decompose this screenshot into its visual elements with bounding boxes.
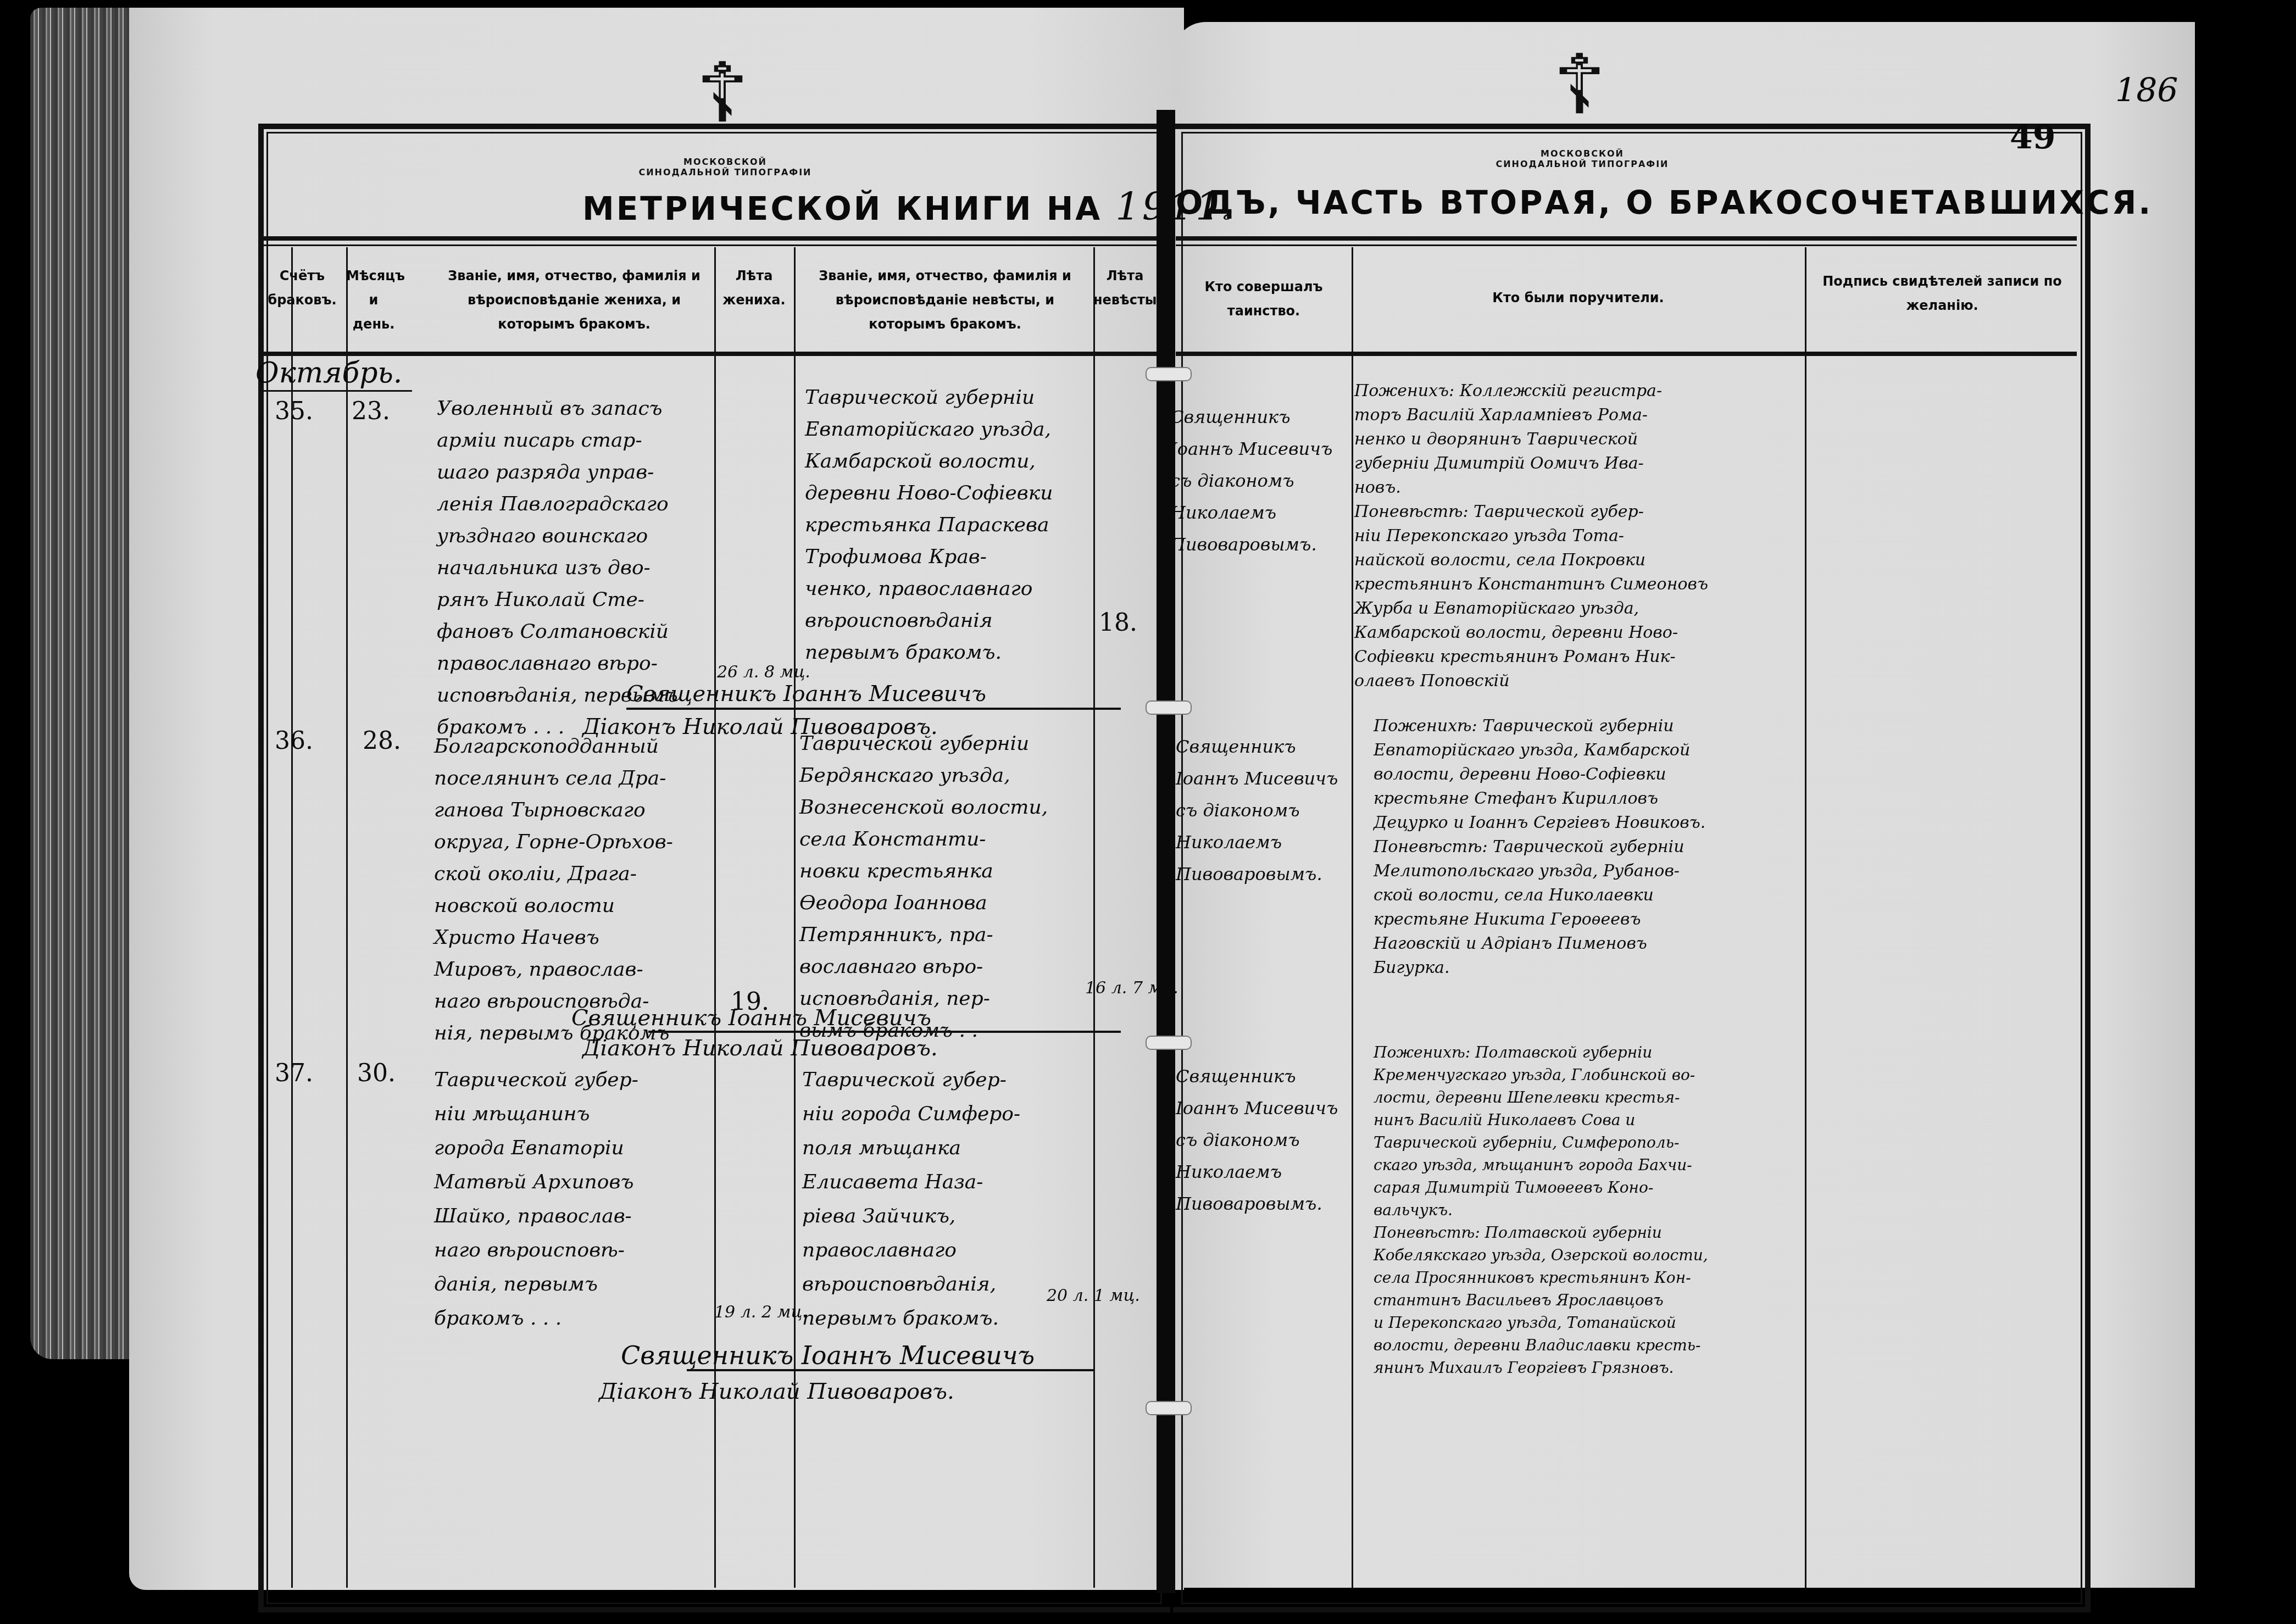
bride-age: 18.: [1099, 607, 1137, 639]
colhead-groom-age: Лѣта жениха.: [714, 264, 794, 312]
entry-date: 28.: [363, 725, 401, 757]
officiant: Священникъ Іоаннъ Мисевичъ съ діакономъ …: [1170, 401, 1352, 560]
column-divider: [346, 247, 348, 1588]
colhead-officiant: Кто совершалъ таинство.: [1176, 275, 1352, 323]
entry-date: 30.: [357, 1058, 396, 1089]
page-title-left: МЕТРИЧЕСКОЙ КНИГИ НА 1911г: [582, 184, 1234, 229]
month-underline: [258, 390, 412, 392]
groom-details: Таврической губер- ніи мѣщанинъ города Е…: [434, 1063, 720, 1336]
entry-count: 36.: [275, 725, 313, 757]
colhead-groom: Званіе, имя, отчество, фамилія и вѣроисп…: [434, 264, 714, 336]
entry-date: 23.: [352, 396, 390, 427]
column-header-bottom-rule: [1176, 352, 2077, 356]
groom-age: 19 л. 2 мц.: [714, 1297, 808, 1328]
colhead-date: Мѣсяцъ и день.: [346, 264, 401, 336]
colhead-bride-age: Лѣта невѣсты.: [1093, 264, 1157, 312]
column-divider: [1352, 247, 1353, 1588]
header-rule: [1176, 244, 2077, 246]
colhead-signatures: Подпись свидѣтелей записи по желанію.: [1808, 269, 2077, 318]
binding-string: [1146, 367, 1192, 381]
title-text-left: МЕТРИЧЕСКОЙ КНИГИ НА: [582, 190, 1102, 227]
bride-age: 20 л. 1 мц.: [1047, 1280, 1140, 1312]
page-title-right: ОДЪ, ЧАСТЬ ВТОРАЯ, О БРАКОСОЧЕТАВШИХСЯ.: [1176, 184, 2153, 221]
emblem-ribbon-left: МОСКОВСКОЙ СИНОДАЛЬНОЙ ТИПОГРАФІИ: [637, 157, 813, 177]
column-header-bottom-rule: [264, 352, 1157, 356]
double-headed-eagle-icon: ☦: [1533, 30, 1626, 140]
binding-string: [1146, 700, 1192, 715]
bride-age: 16 л. 7 мц.: [1085, 972, 1178, 1004]
officiant: Священникъ Іоаннъ Мисевичъ съ діакономъ …: [1176, 1060, 1357, 1220]
header-rule: [1176, 236, 2077, 241]
groom-details: Болгарскоподданный поселянинъ села Дра- …: [434, 731, 720, 1049]
sureties: Поженихъ: Коллежскій регистра- торъ Васи…: [1354, 379, 1805, 693]
binding-string: [1146, 1401, 1192, 1415]
book-page-edges: [30, 8, 140, 1359]
bride-details: Таврической губерніи Евпаторійскаго уѣзд…: [805, 382, 1102, 669]
header-rule: [264, 244, 1157, 246]
page-number: 49: [2010, 118, 2056, 157]
month-header: Октябрь.: [255, 357, 402, 389]
entry-count: 35.: [275, 396, 313, 427]
column-divider: [291, 247, 293, 1588]
colhead-count: Счётъ браковъ.: [258, 264, 346, 312]
signature-priest: Священникъ Іоаннъ Мисевичъ: [571, 1005, 931, 1031]
signature-underline: [648, 1031, 1121, 1033]
double-headed-eagle-icon: ☦: [676, 38, 769, 148]
signature-priest: Священникъ Іоаннъ Мисевичъ: [626, 681, 986, 707]
entry-count: 37.: [275, 1058, 313, 1089]
emblem-ribbon-right: МОСКОВСКОЙ СИНОДАЛЬНОЙ ТИПОГРАФІИ: [1494, 148, 1670, 169]
sureties: Поженихѣ: Таврической губерніи Евпаторій…: [1374, 714, 1813, 980]
bride-details: Таврической губерніи Бердянскаго уѣзда, …: [799, 728, 1096, 1047]
sureties: Поженихѣ: Полтавской губерніи Кременчугс…: [1374, 1041, 1813, 1379]
book-gutter: [1157, 110, 1175, 1593]
colhead-bride: Званіе, имя, отчество, фамилія и вѣроисп…: [797, 264, 1093, 336]
signature-underline: [626, 708, 1121, 710]
signature-priest: Священникъ Іоаннъ Мисевичъ: [621, 1341, 1035, 1370]
signature-deacon: Діаконъ Николай Пивоваровъ.: [582, 1036, 938, 1061]
signature-underline: [687, 1369, 1093, 1371]
binding-string: [1146, 1036, 1192, 1050]
officiant: Священникъ Іоаннъ Мисевичъ съ діакономъ …: [1176, 731, 1357, 890]
archive-number: 186: [2115, 71, 2178, 110]
signature-deacon: Діаконъ Николай Пивоваровъ.: [599, 1379, 954, 1404]
colhead-sureties: Кто были поручители.: [1352, 286, 1805, 310]
header-rule: [264, 236, 1157, 241]
